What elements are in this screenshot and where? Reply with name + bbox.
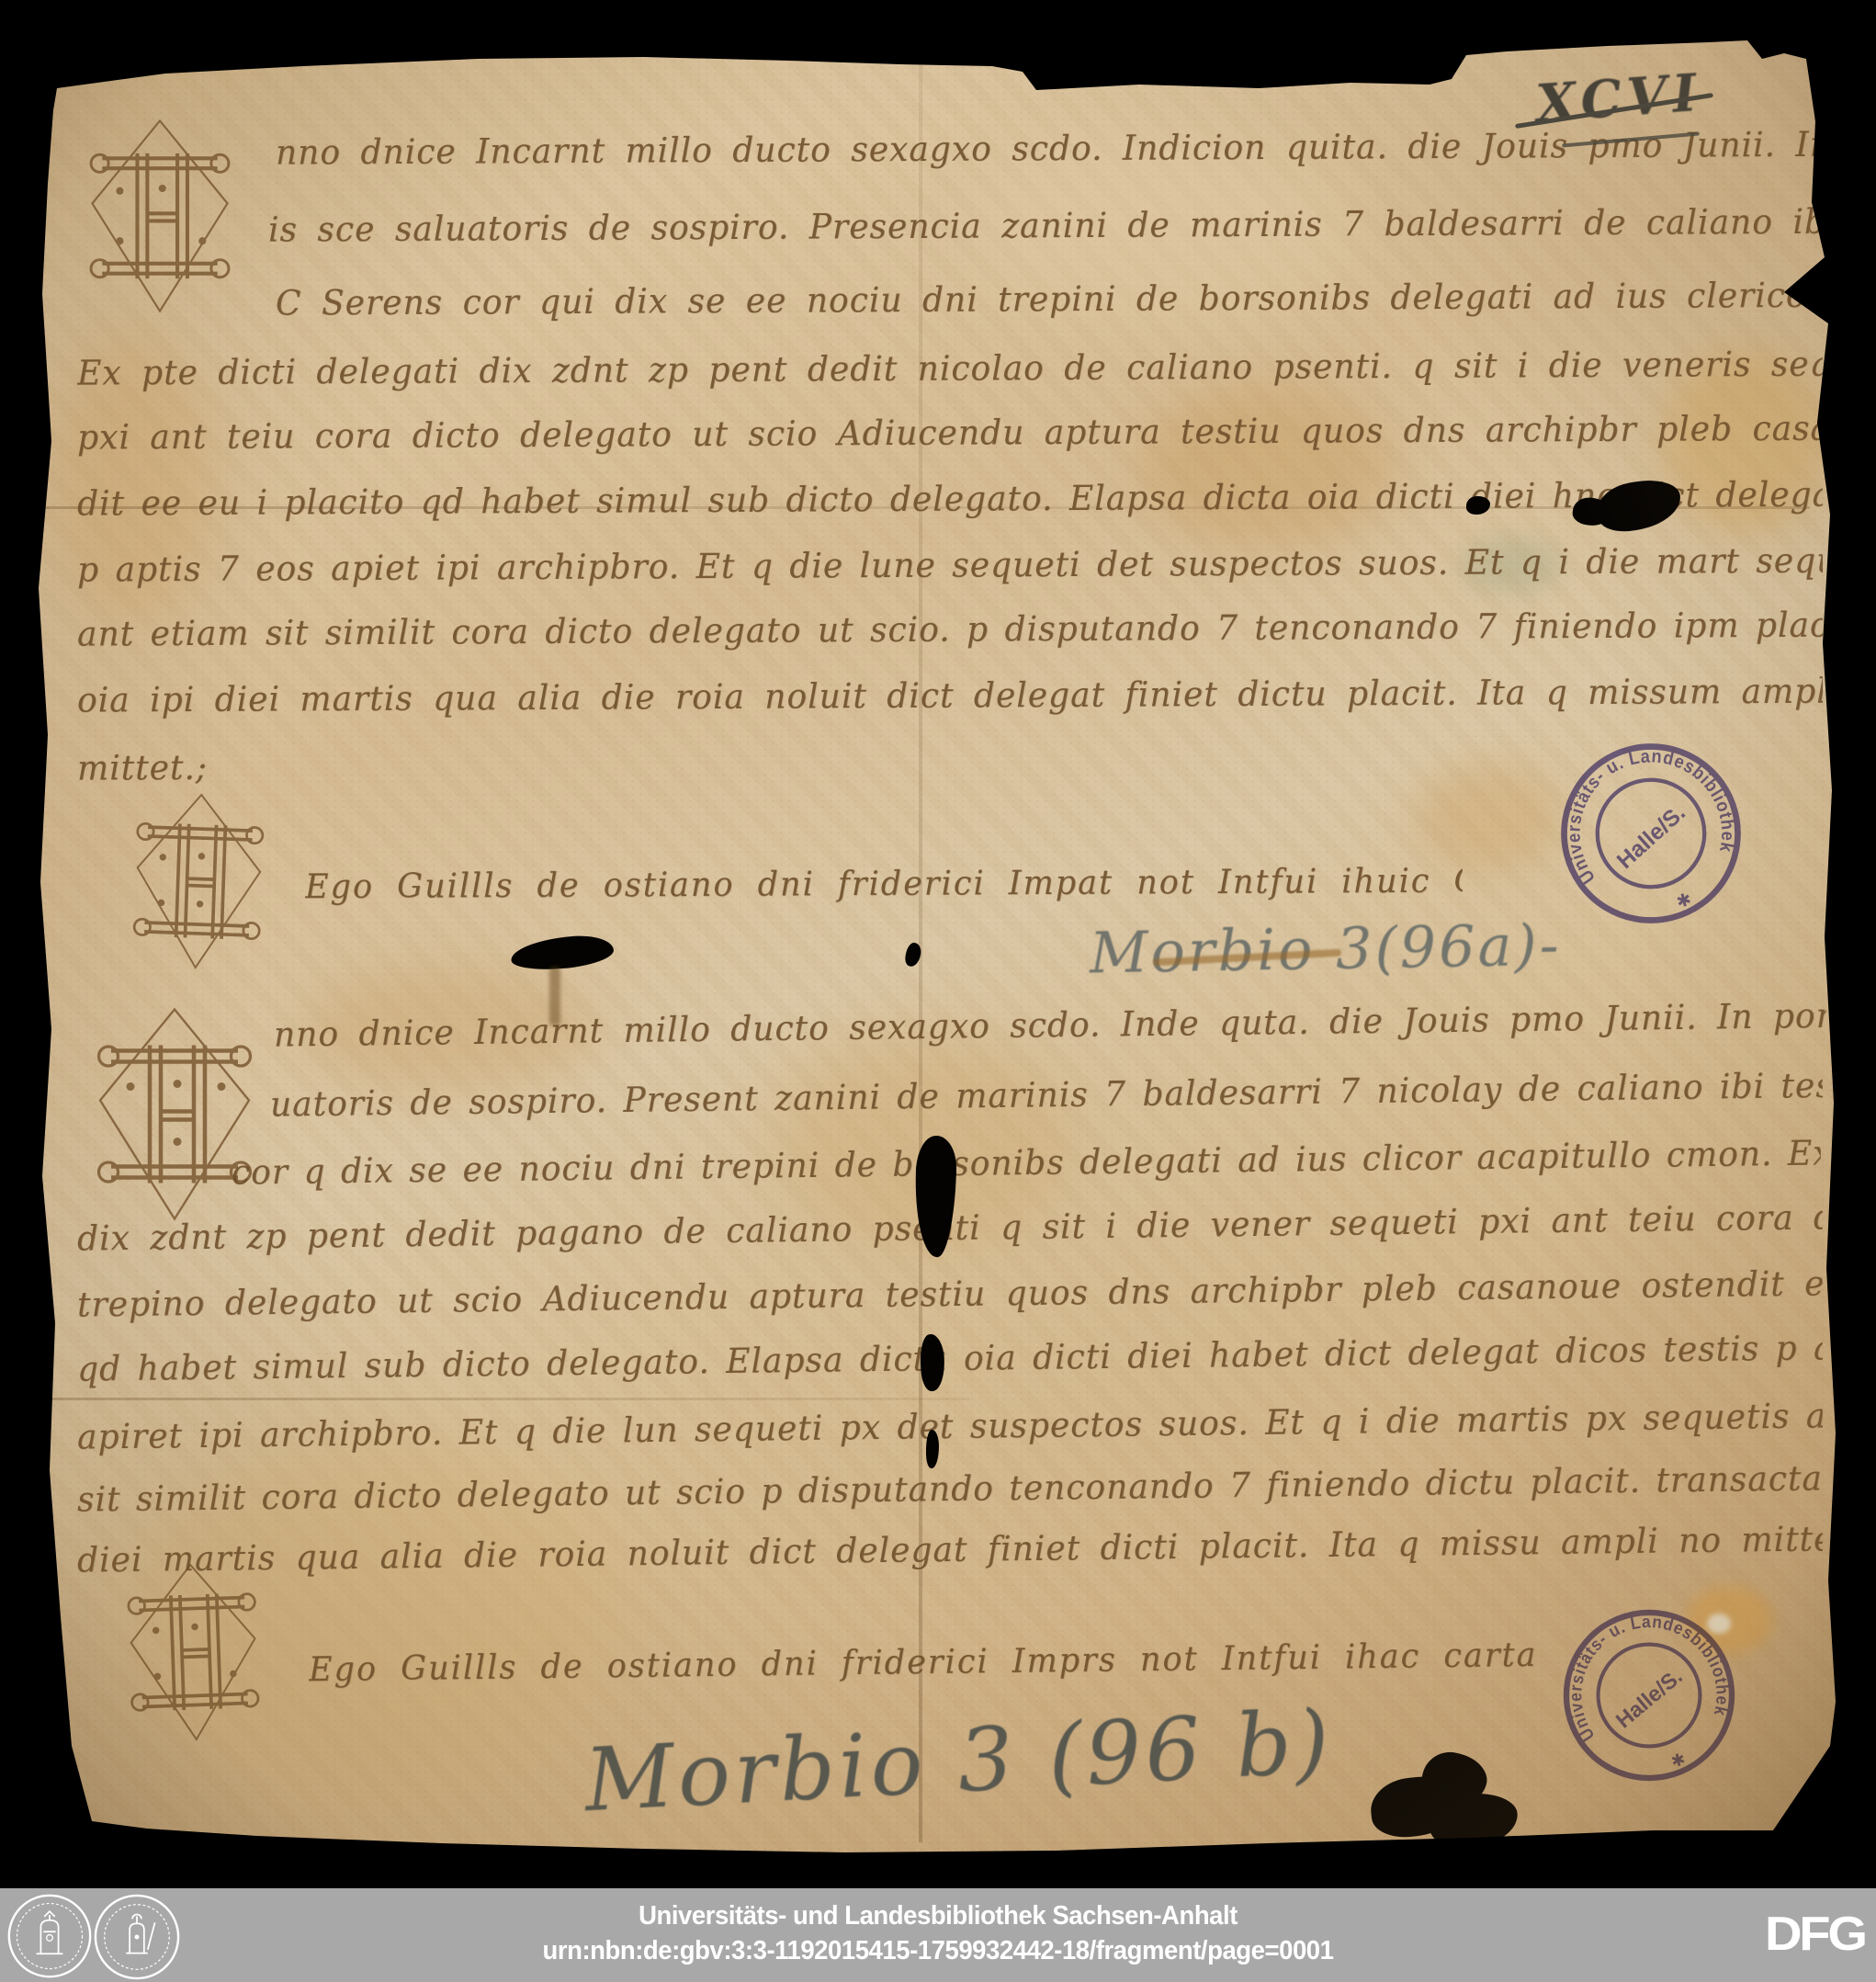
footer-institution: Universitäts- und Landesbibliothek Sachs… <box>47 1901 1829 1931</box>
footer-bar: Universitäts- und Landesbibliothek Sachs… <box>0 1888 1876 1982</box>
manuscript-line: is sce saluatoris de sospiro. Presencia … <box>268 202 1821 249</box>
stamp-ring-text: Universitäts- u. Landesbibliothek <box>1545 728 1745 893</box>
svg-text:Universitäts- u. Landesbibliot: Universitäts- u. Landesbibliothek <box>1551 1597 1737 1750</box>
svg-text:Universitäts- u. Landesbibliot: Universitäts- u. Landesbibliothek <box>1545 728 1745 893</box>
footer-urn: urn:nbn:de:gbv:3:3-1192015415-1759932442… <box>47 1936 1829 1966</box>
notarial-sign-middle <box>104 787 294 976</box>
library-stamp-lower: Universitäts- u. Landesbibliothek ✱ Hall… <box>1540 1586 1757 1804</box>
notary-subscription-upper: Ego Guillls de ostiano dni friderici Imp… <box>305 863 1463 907</box>
viewer-stage: nno dnice Incarnt millo ducto sexagxo sc… <box>0 0 1876 1982</box>
stamp-center-text: Halle/S. <box>1612 800 1690 874</box>
ornate-initial-upper-charter <box>81 116 239 316</box>
dfg-logo: DFG <box>1765 1907 1865 1962</box>
notarial-sign-bottom <box>96 1557 291 1747</box>
stamp-separator-star: ✱ <box>1669 1750 1687 1772</box>
manuscript-line: nno dnice Incarnt millo ducto sexagxo sc… <box>276 125 1819 172</box>
ornate-initial-lower-charter <box>92 1002 257 1227</box>
parchment-scan: nno dnice Incarnt millo ducto sexagxo sc… <box>0 0 1876 1893</box>
stamp-separator-star: ✱ <box>1674 889 1693 912</box>
stamp-ring-text: Universitäts- u. Landesbibliothek <box>1551 1597 1737 1750</box>
manuscript-line: mittet.; <box>77 748 208 787</box>
ink-drip <box>549 967 560 1025</box>
stamp-center-text: Halle/S. <box>1611 1665 1687 1734</box>
manuscript-line: C Serens cor qui dix se ee nociu dni tre… <box>276 276 1819 323</box>
